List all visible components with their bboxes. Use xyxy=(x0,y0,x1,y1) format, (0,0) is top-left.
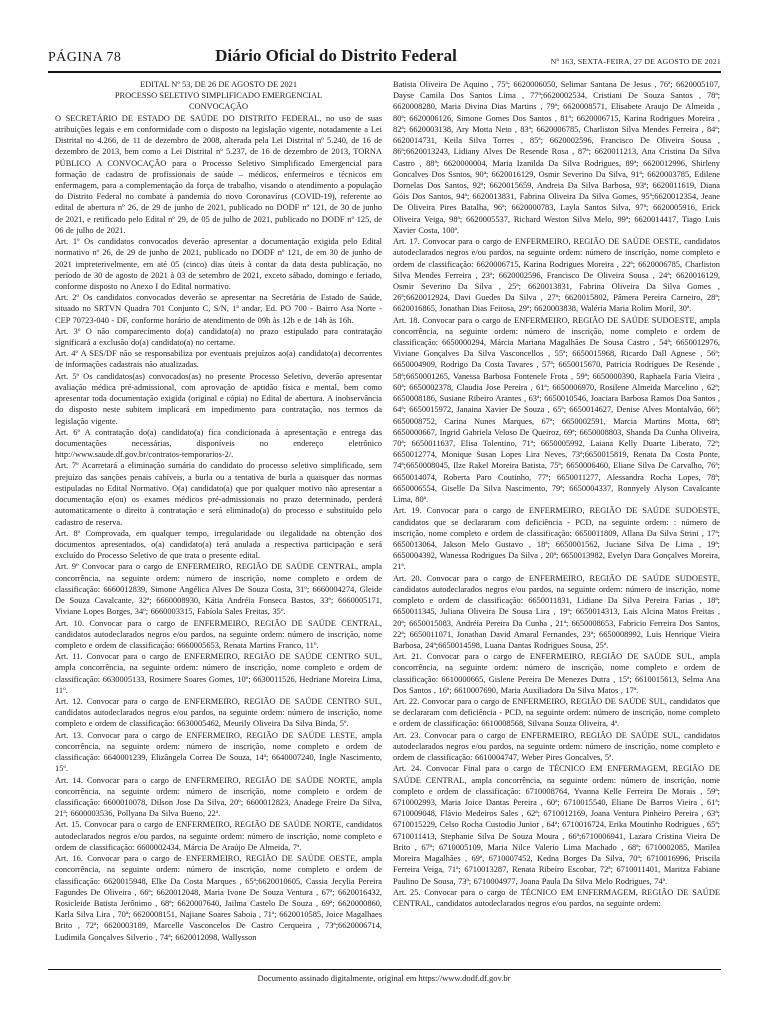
footer-divider xyxy=(48,969,721,970)
document-paragraph: Art. 22. Convocar para o cargo de ENFERM… xyxy=(393,696,720,730)
left-column-paragraphs: O SECRETÁRIO DE ESTADO DE SAÚDE DO DISTR… xyxy=(55,113,382,943)
document-body: EDITAL Nº 53, DE 26 DE AGOSTO DE 2021PRO… xyxy=(55,79,721,965)
document-paragraph: Art. 11. Convocar para o cargo de ENFERM… xyxy=(55,651,382,696)
edital-title-block: EDITAL Nº 53, DE 26 DE AGOSTO DE 2021PRO… xyxy=(55,79,382,113)
edital-title-line: PROCESSO SELETIVO SIMPLIFICADO EMERGENCI… xyxy=(55,90,382,101)
document-paragraph: Art. 20. Convocar para o cargo de ENFERM… xyxy=(393,573,720,652)
document-paragraph: Art. 7º Acarretará a eliminação sumária … xyxy=(55,460,382,527)
document-paragraph: Art. 14. Convocar para o cargo de ENFERM… xyxy=(55,775,382,820)
document-paragraph: Art. 25. Convocar para o cargo de TÉCNIC… xyxy=(393,887,720,909)
document-paragraph: Art. 23. Convocar para o cargo de ENFERM… xyxy=(393,730,720,764)
edital-title-line: CONVOCAÇÃO xyxy=(55,101,382,112)
document-paragraph: Batista Oliveira De Aquino , 75ª; 662000… xyxy=(393,79,720,236)
document-paragraph: Art. 16. Convocar para o cargo de ENFERM… xyxy=(55,853,382,943)
page-number-label: PÁGINA 78 xyxy=(48,50,121,66)
left-column: EDITAL Nº 53, DE 26 DE AGOSTO DE 2021PRO… xyxy=(55,79,382,965)
document-paragraph: Art. 24. Convocar Final para o cargo de … xyxy=(393,763,720,886)
gazette-title: Diário Oficial do Distrito Federal xyxy=(121,46,550,66)
document-paragraph: O SECRETÁRIO DE ESTADO DE SAÚDE DO DISTR… xyxy=(55,113,382,236)
document-paragraph: Art. 5º Os candidatos(as) convocados(as)… xyxy=(55,371,382,427)
document-paragraph: Art. 3º O não comparecimento do(a) candi… xyxy=(55,326,382,348)
document-paragraph: Art. 8º Comprovada, em qualquer tempo, i… xyxy=(55,528,382,562)
header-divider xyxy=(48,71,721,73)
right-column: Batista Oliveira De Aquino , 75ª; 662000… xyxy=(393,79,720,965)
document-paragraph: Art. 19. Convocar para o cargo de ENFERM… xyxy=(393,505,720,572)
document-paragraph: Art. 17. Convocar para o cargo de ENFERM… xyxy=(393,236,720,315)
right-column-paragraphs: Batista Oliveira De Aquino , 75ª; 662000… xyxy=(393,79,720,909)
document-paragraph: Art. 2º Os candidatos convocados deverão… xyxy=(55,292,382,326)
document-paragraph: Art. 18. Convocar para o cargo de ENFERM… xyxy=(393,315,720,506)
document-paragraph: Art. 1º Os candidatos convocados deverão… xyxy=(55,236,382,292)
gazette-page: PÁGINA 78 Diário Oficial do Distrito Fed… xyxy=(0,0,768,1024)
document-paragraph: Art. 12. Convocar para o cargo de ENFERM… xyxy=(55,696,382,730)
document-paragraph: Art. 6º A contratação do(a) candidato(a)… xyxy=(55,427,382,461)
page-header: PÁGINA 78 Diário Oficial do Distrito Fed… xyxy=(48,46,721,66)
document-paragraph: Art. 10. Convocar para o cargo de ENFERM… xyxy=(55,618,382,652)
edital-title-line: EDITAL Nº 53, DE 26 DE AGOSTO DE 2021 xyxy=(55,79,382,90)
document-paragraph: Art. 4º A SES/DF não se responsabiliza p… xyxy=(55,348,382,370)
document-paragraph: Art. 21. Convocar para o cargo de ENFERM… xyxy=(393,651,720,696)
edition-info: Nº 163, SEXTA-FEIRA, 27 DE AGOSTO DE 202… xyxy=(551,57,721,66)
footer-signature-note: Documento assinado digitalmente, origina… xyxy=(0,973,768,983)
document-paragraph: Art. 13. Convocar para o cargo de ENFERM… xyxy=(55,730,382,775)
document-paragraph: Art. 9º Convocar para o cargo de ENFERME… xyxy=(55,561,382,617)
document-paragraph: Art. 15. Convocar para o cargo de ENFERM… xyxy=(55,819,382,853)
